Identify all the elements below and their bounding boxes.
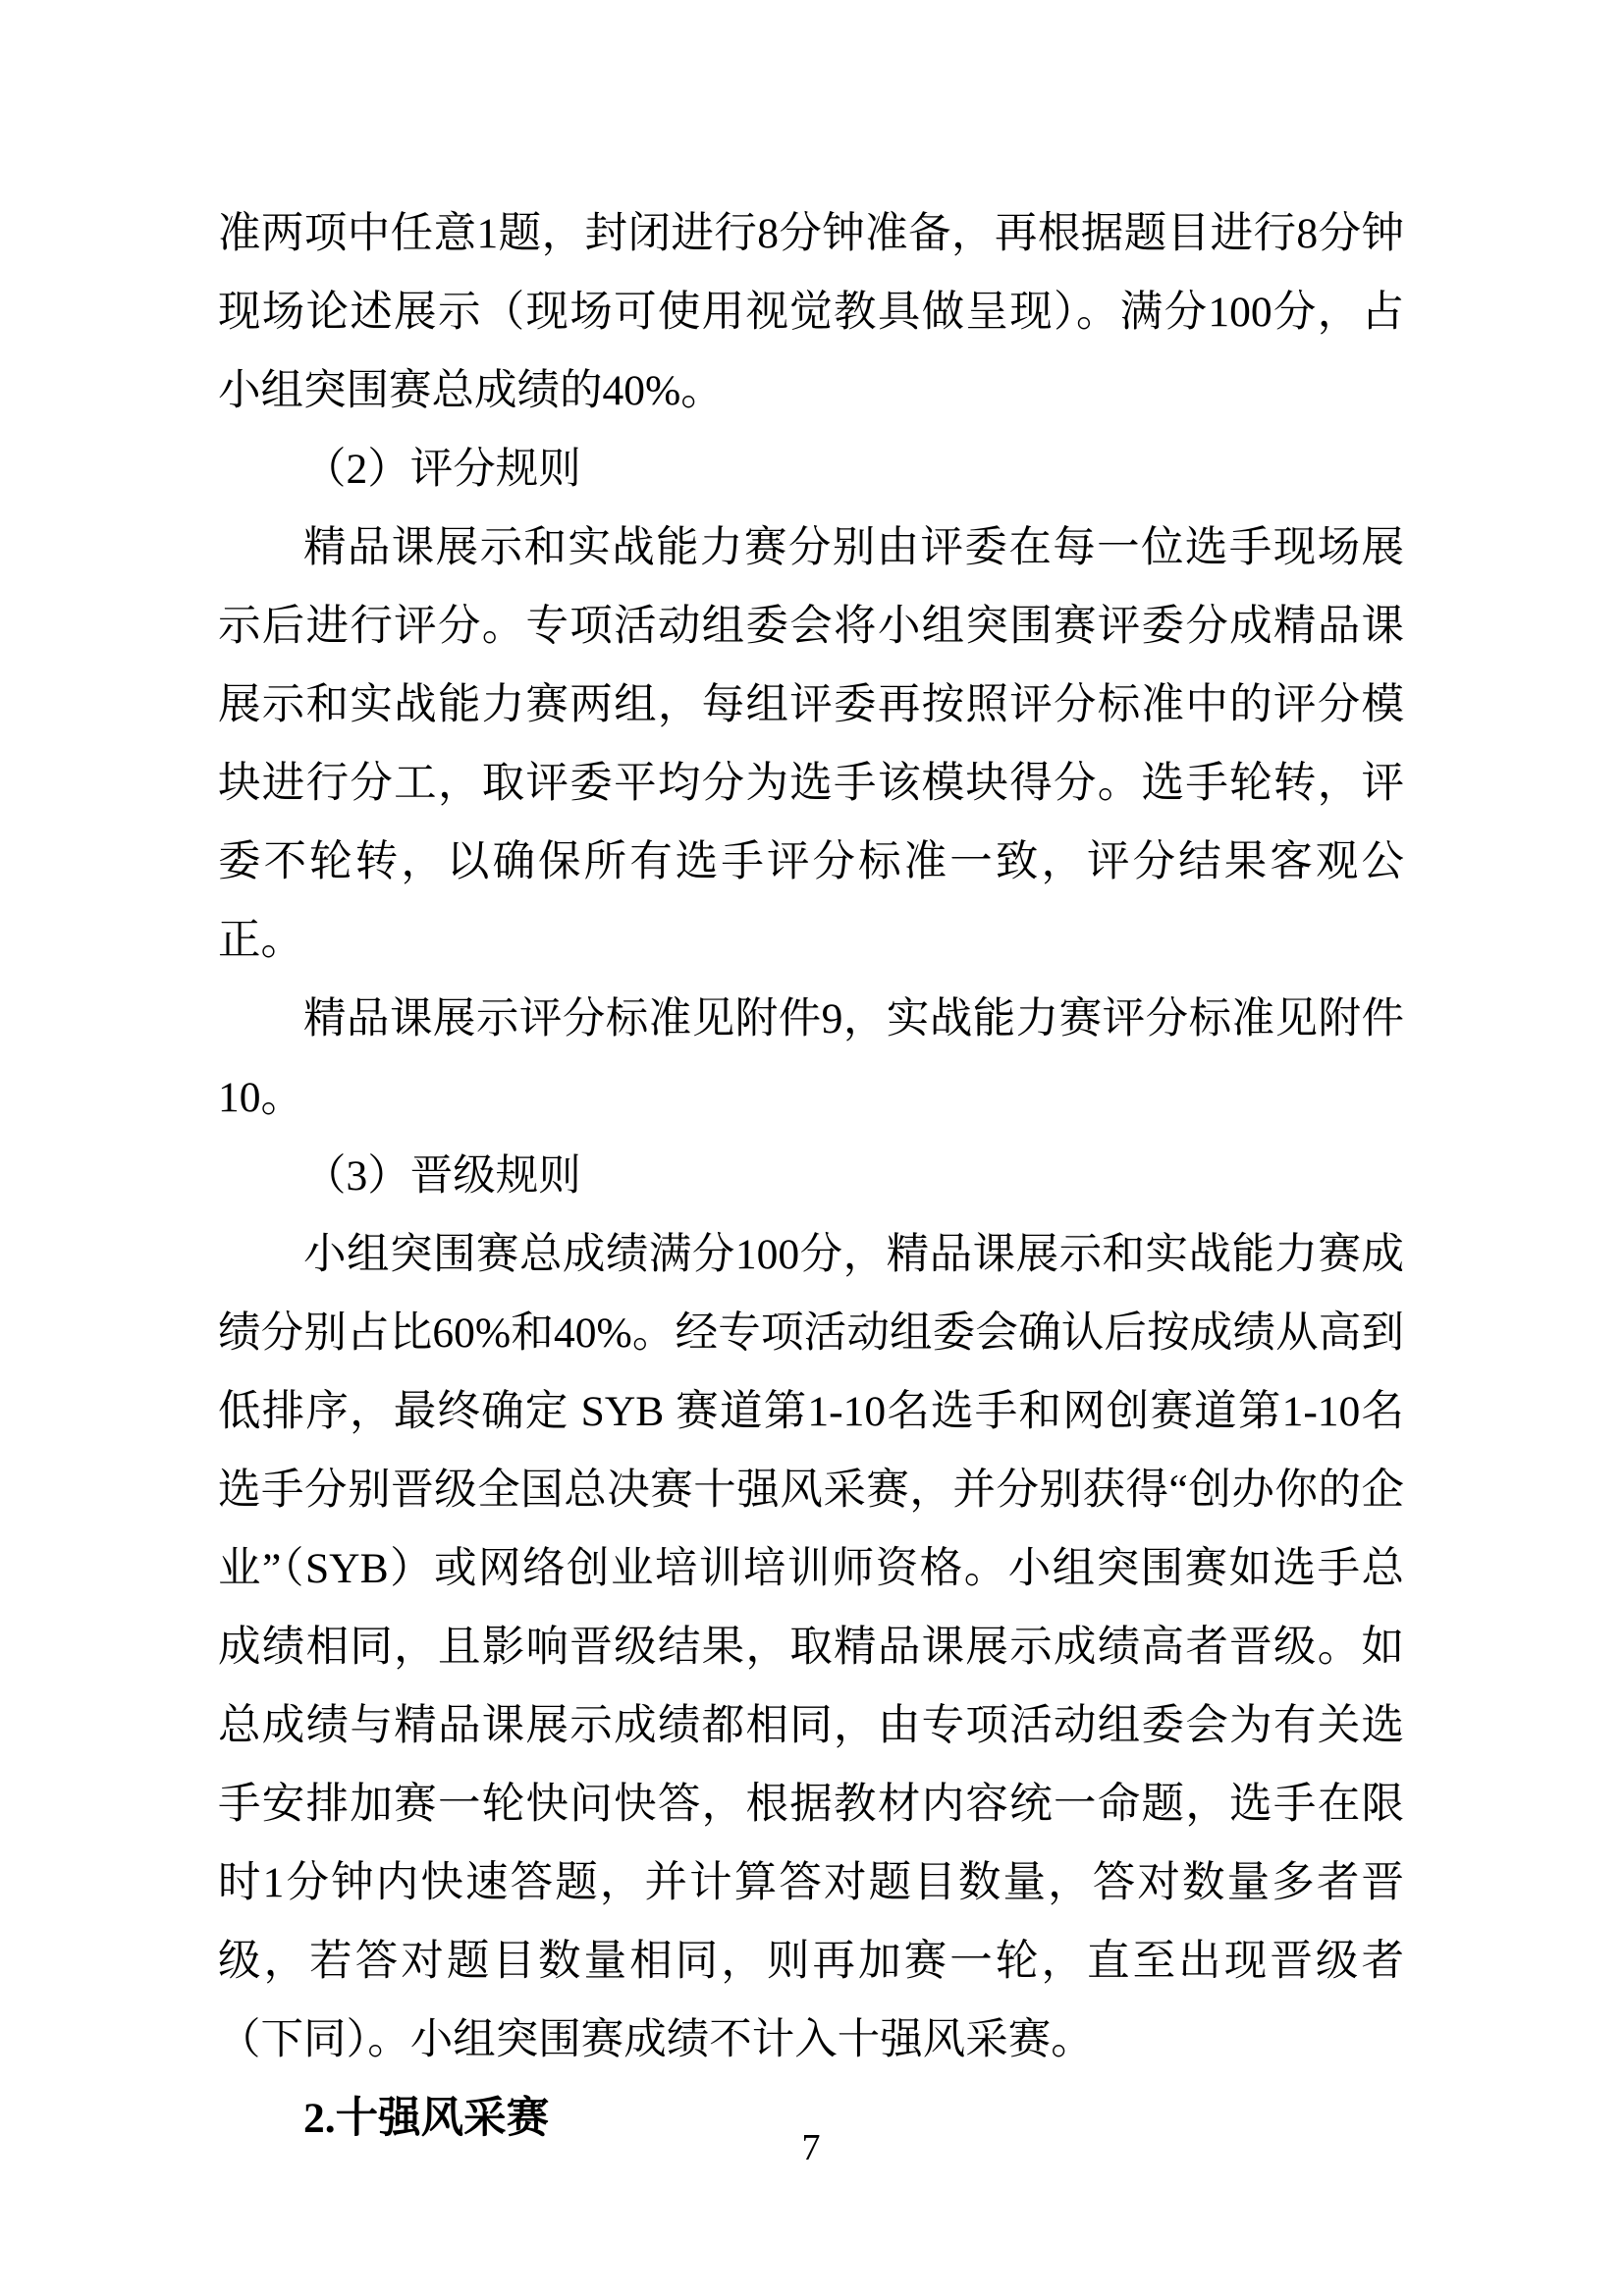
paragraph-scoring-detail: 精品课展示和实战能力赛分别由评委在每一位选手现场展示后进行评分。专项活动组委会将… [218, 508, 1404, 980]
paragraph-promotion-detail: 小组突围赛总成绩满分100分，精品课展示和实战能力赛成绩分别占比60%和40%。… [218, 1215, 1404, 2079]
subheading-scoring-rules: （2）评分规则 [218, 430, 1404, 508]
paragraph-continuation: 准两项中任意1题，封闭进行8分钟准备，再根据题目进行8分钟现场论述展示（现场可使… [218, 194, 1404, 430]
page-number: 7 [802, 2127, 821, 2168]
subheading-promotion-rules: （3）晋级规则 [218, 1137, 1404, 1215]
document-page: 准两项中任意1题，封闭进行8分钟准备，再根据题目进行8分钟现场论述展示（现场可使… [0, 0, 1624, 2296]
paragraph-appendix-reference: 精品课展示评分标准见附件9，实战能力赛评分标准见附件10。 [218, 980, 1404, 1137]
page-footer: 7 [218, 2109, 1404, 2187]
document-text-block: 准两项中任意1题，封闭进行8分钟准备，再根据题目进行8分钟现场论述展示（现场可使… [218, 194, 1404, 2158]
